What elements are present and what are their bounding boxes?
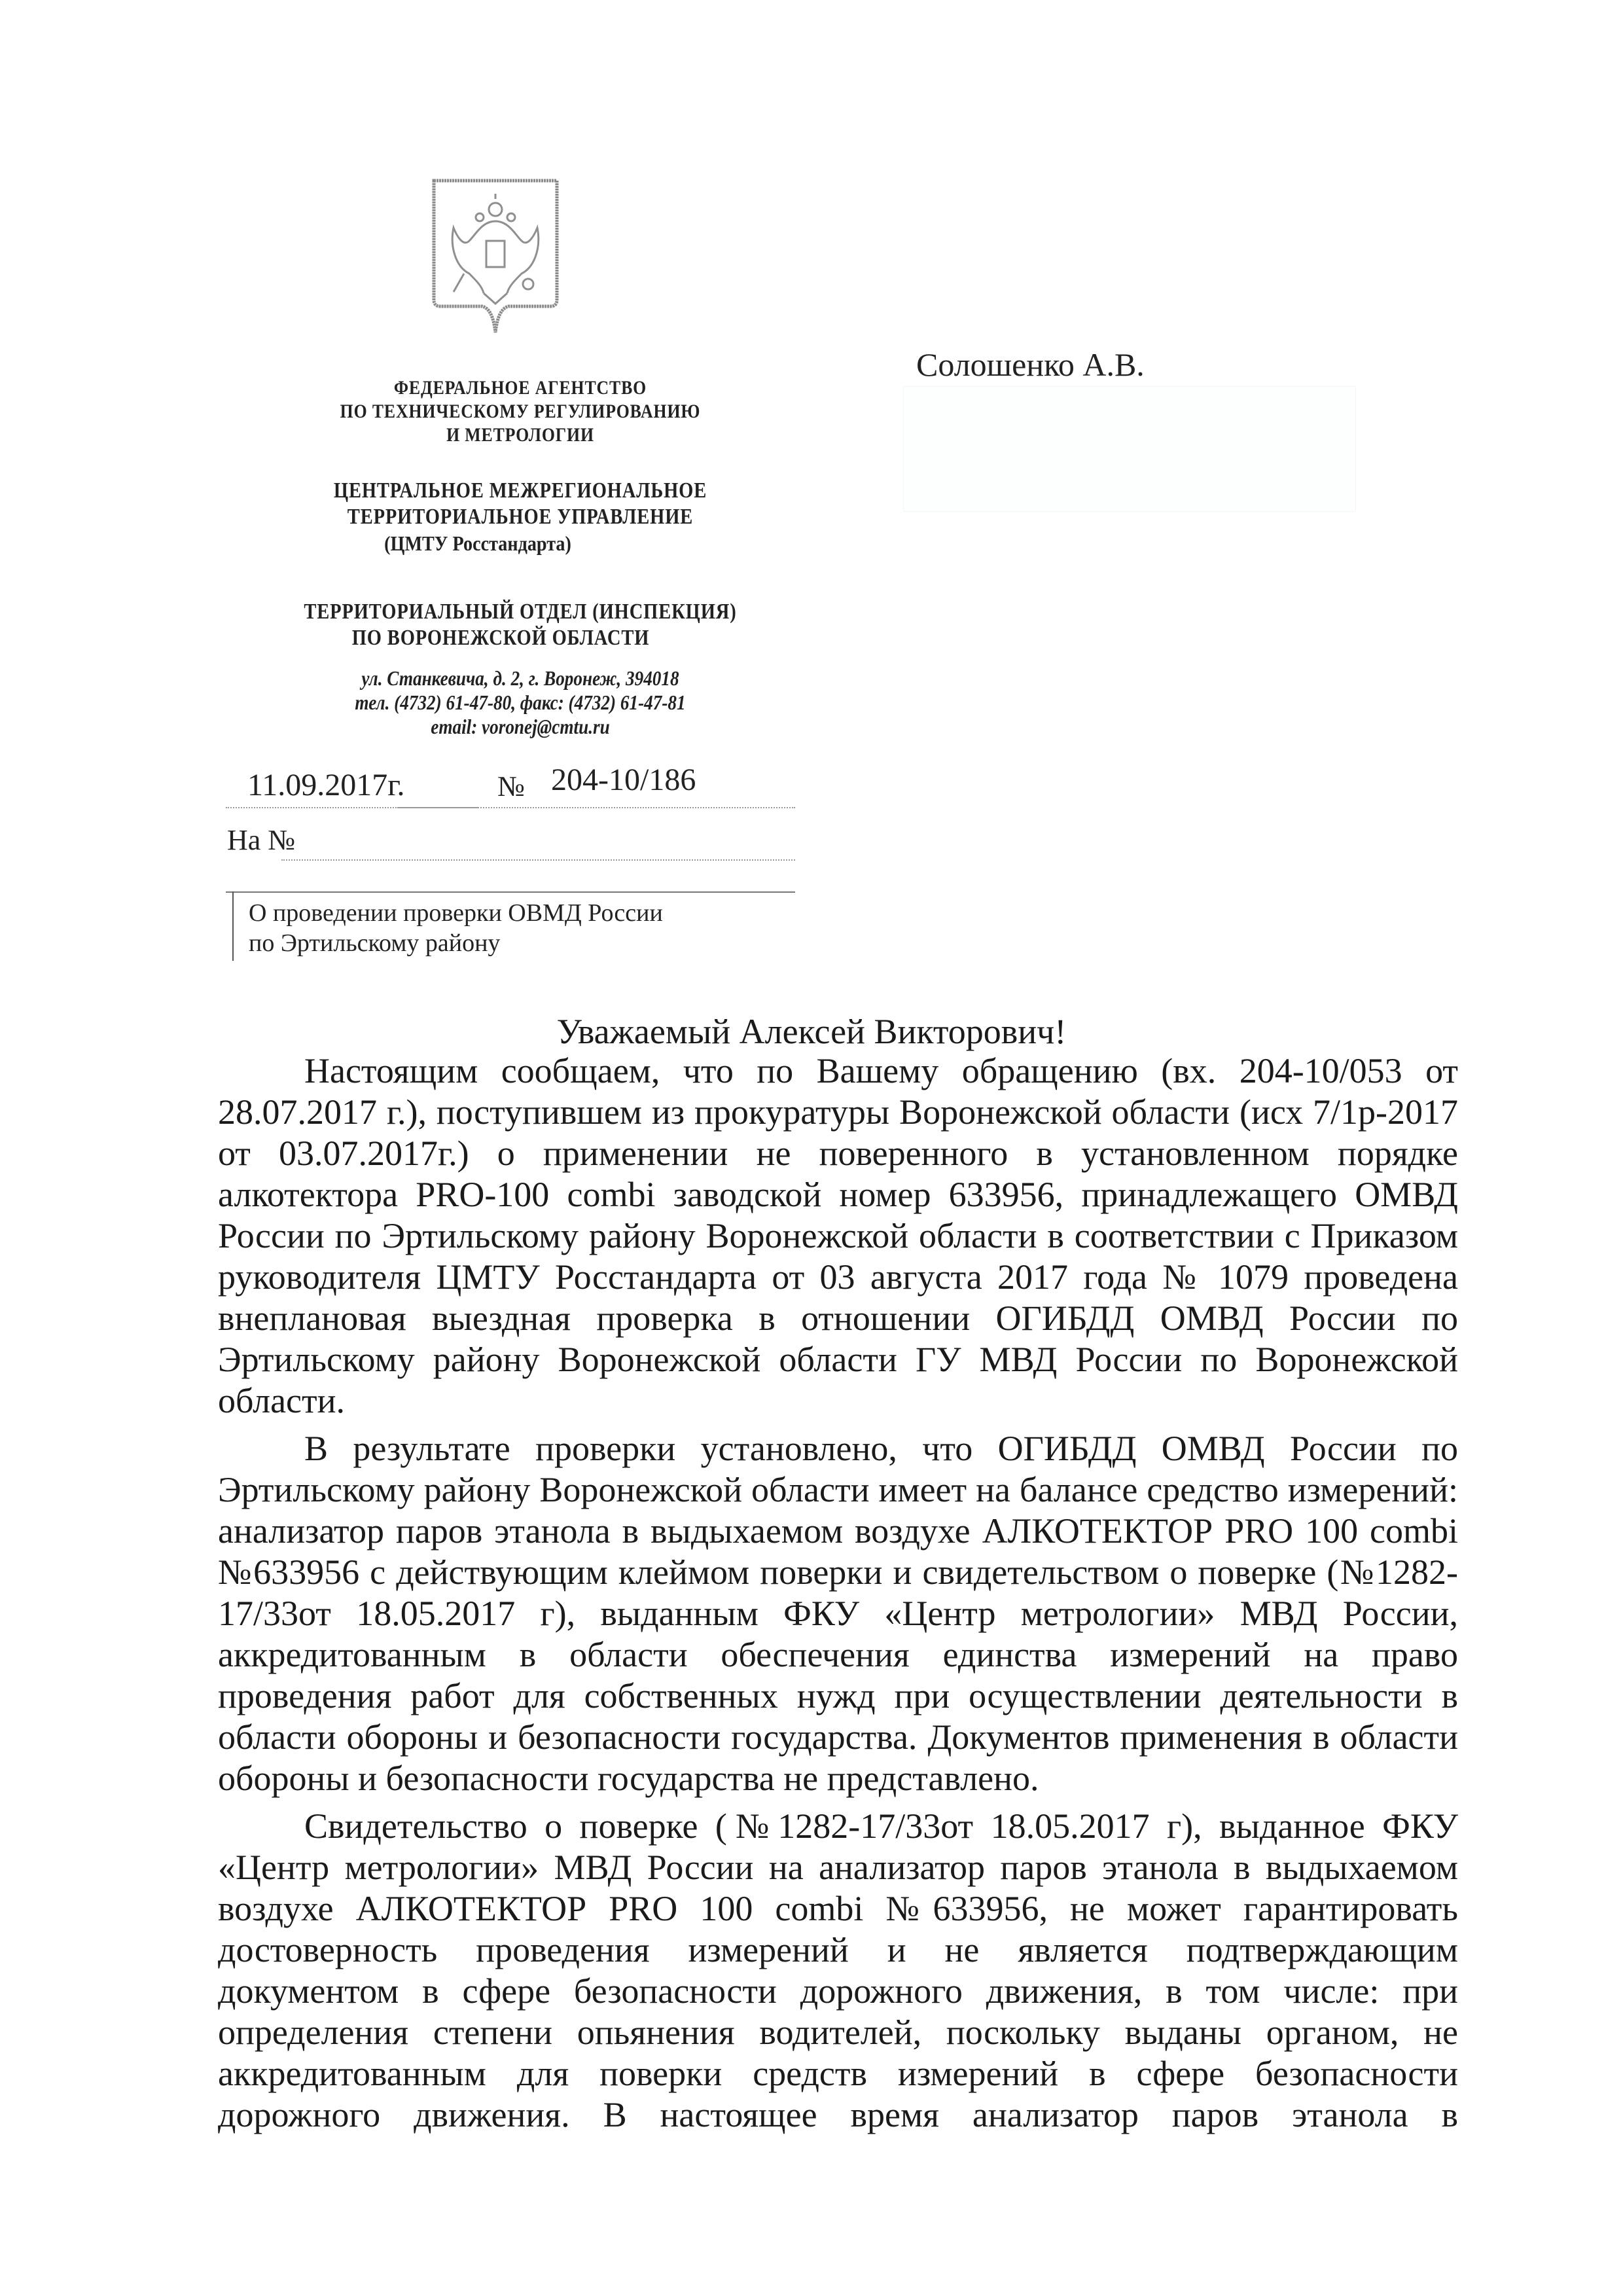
agency-name: ФЕДЕРАЛЬНОЕ АГЕНТСТВО ПО ТЕХНИЧЕСКОМУ РЕ…	[216, 376, 825, 447]
number-underline	[397, 807, 795, 808]
address: ул. Станкевича, д. 2, г. Воронеж, 394018	[262, 666, 779, 691]
redacted-address	[903, 386, 1356, 512]
department-name: ЦЕНТРАЛЬНОЕ МЕЖРЕГИОНАЛЬНОЕ ТЕРРИТОРИАЛЬ…	[216, 478, 825, 556]
subject-top-line	[226, 891, 795, 893]
contact-block: ул. Станкевича, д. 2, г. Воронеж, 394018…	[216, 666, 825, 739]
reply-to-label: На №	[227, 823, 295, 857]
recipient-name: Солошенко А.В.	[916, 346, 1145, 384]
letter-date: 11.09.2017г.	[247, 767, 405, 803]
coat-of-arms-emblem-icon	[430, 175, 561, 339]
phones: тел. (4732) 61-47-80, факс: (4732) 61-47…	[262, 691, 779, 715]
paragraph: Свидетельство о поверке (№1282-17/33от 1…	[218, 1806, 1458, 2136]
subject: О проведении проверки ОВМД России по Эрт…	[249, 898, 663, 958]
reply-to-underline	[281, 859, 795, 861]
number-label: №	[497, 770, 525, 803]
subject-bracket	[232, 891, 234, 961]
email: email: voronej@cmtu.ru	[262, 715, 779, 739]
letter-body: Настоящим сообщаем, что по Вашему обраще…	[218, 1050, 1458, 2136]
paragraph: Настоящим сообщаем, что по Вашему обраще…	[218, 1050, 1458, 1422]
division-name: ТЕРРИТОРИАЛЬНЫЙ ОТДЕЛ (ИНСПЕКЦИЯ) ПО ВОР…	[216, 599, 825, 651]
greeting: Уважаемый Алексей Викторович!	[0, 1011, 1623, 1052]
letter-number: 204-10/186	[551, 762, 696, 798]
paragraph: В результате проверки установлено, что О…	[218, 1428, 1458, 1799]
